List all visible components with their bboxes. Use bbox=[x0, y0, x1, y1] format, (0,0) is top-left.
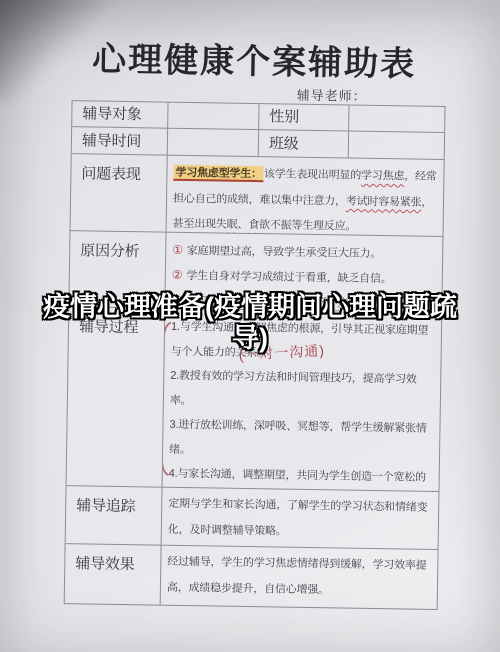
problem-seg-underlined: 考试时容易紧张 bbox=[346, 195, 422, 208]
process-item: 2.教授有效的学习方法和时间管理技巧，提高学习效率。 bbox=[170, 364, 436, 417]
label-counsel-effect: 辅导效果 bbox=[65, 544, 162, 605]
info-rows: 辅导对象 性别 辅导时间 班级 bbox=[72, 101, 445, 160]
problem-seg-underlined: 学习焦虑 bbox=[361, 170, 404, 183]
value-gender bbox=[349, 106, 444, 133]
counsel-tracking-text: 定期与学生和家长沟通，了解学生的学习状态和情绪变化，及时调整辅导策略。 bbox=[162, 488, 439, 549]
label-counsel-tracking: 辅导追踪 bbox=[66, 486, 163, 545]
row-counsel-tracking: 辅导追踪 定期与学生和家长沟通，了解学生的学习状态和情绪变化，及时调整辅导策略。 bbox=[66, 486, 439, 550]
value-counsel-time bbox=[168, 129, 259, 157]
counsel-effect-text: 经过辅导，学生的学习焦虑情绪得到缓解，学习效率提高，成绩稳步提升，自信心增强。 bbox=[161, 546, 438, 609]
cause-item-text: 家庭期望过高，导致学生承受巨大压力。 bbox=[187, 245, 382, 260]
problem-seg-underlined: 失眠、食欲不振 bbox=[216, 218, 292, 231]
label-gender: 性别 bbox=[259, 104, 349, 131]
label-class: 班级 bbox=[259, 130, 349, 158]
process-item: 3.进行放松训练，深呼吸、冥想等，帮学生缓解紧张情绪。 bbox=[169, 413, 435, 466]
circled-number-icon: ① bbox=[172, 243, 183, 257]
process-item: 4.与家长沟通，调整期望，共同为学生创造一个宽松的学习氛围。 bbox=[168, 462, 434, 491]
row-problem-behavior: 问题表现 学习焦虑型学生：该学生表现出明显的学习焦虑，经常担心自己的成绩，难以集… bbox=[71, 154, 444, 237]
cause-item-text: 学生自身对学习成绩过于看重，缺乏自信。 bbox=[186, 270, 391, 285]
case-form-table: 辅导对象 性别 辅导时间 班级 问题表现 学习焦虑型学生：该学生表现出明显的学习… bbox=[64, 100, 446, 610]
overlay-caption: 疫情心理准备(疫情期间心理问题疏导) bbox=[27, 292, 473, 354]
row-counsel-effect: 辅导效果 经过辅导，学生的学习焦虑情绪得到缓解，学习效率提高，成绩稳步提升，自信… bbox=[65, 544, 438, 609]
highlighted-term: 学习焦虑型学生： bbox=[173, 165, 264, 182]
label-problem-behavior: 问题表现 bbox=[71, 154, 168, 231]
photographed-form: 心理健康个案辅助表 辅导老师： 辅导对象 性别 辅导时间 班级 问题表现 学习焦… bbox=[0, 0, 500, 652]
value-counsel-subject bbox=[168, 103, 259, 130]
label-counsel-subject: 辅导对象 bbox=[72, 101, 168, 129]
problem-seg: 该学生表现出明显的 bbox=[264, 168, 361, 182]
teacher-label: 辅导老师： bbox=[297, 85, 367, 105]
problem-behavior-text: 学习焦虑型学生：该学生表现出明显的学习焦虑，经常担心自己的成绩，难以集中注意力，… bbox=[167, 156, 444, 236]
problem-seg: 等生理反应。 bbox=[291, 220, 356, 233]
circled-number-icon: ② bbox=[172, 268, 183, 282]
value-class bbox=[349, 132, 444, 160]
form-title: 心理健康个案辅助表 bbox=[4, 30, 500, 87]
label-counsel-time: 辅导时间 bbox=[72, 127, 168, 156]
